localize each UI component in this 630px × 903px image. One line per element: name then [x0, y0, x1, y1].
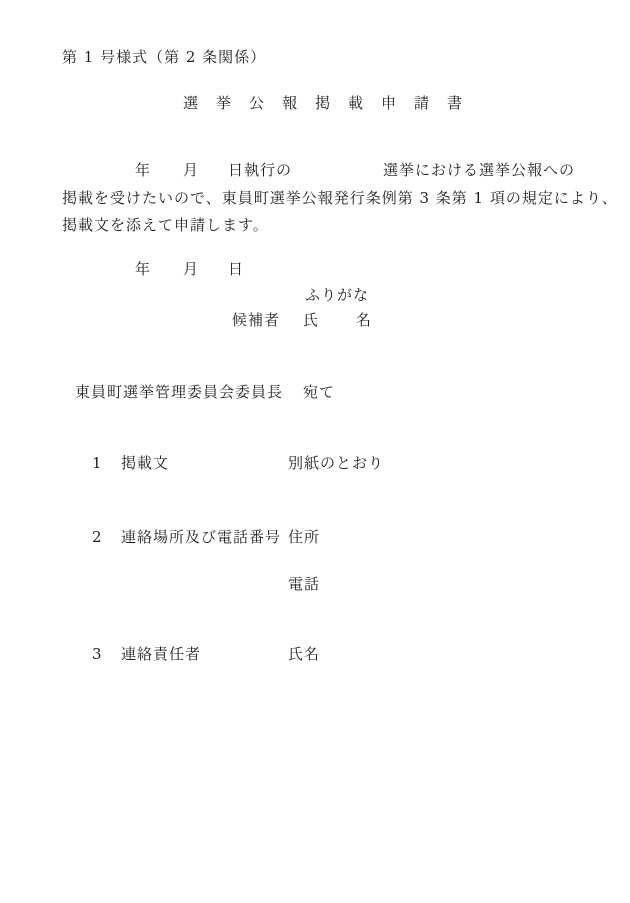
- candidate-givenname-label: 名: [356, 312, 372, 329]
- date-month-label: 月: [183, 261, 199, 278]
- furigana-label: ふりがな: [305, 287, 369, 304]
- candidate-surname-label: 氏: [303, 312, 319, 329]
- date-year-label: 年: [135, 261, 151, 278]
- paragraph-line1-tail: 選挙における選挙公報への: [383, 162, 575, 179]
- item3-label: 連絡責任者: [121, 646, 201, 663]
- item2-label: 連絡場所及び電話番号: [121, 529, 281, 546]
- item2-phone-label: 電話: [288, 576, 320, 593]
- date-day-label: 日: [228, 261, 244, 278]
- item3-name-label: 氏名: [288, 646, 320, 663]
- item2-number: 2: [92, 529, 103, 546]
- application-form-page: 第 1 号様式（第 2 条関係） 選 挙 公 報 掲 載 申 請 書 年 月 日…: [0, 0, 630, 903]
- item1-label: 掲載文: [121, 455, 169, 472]
- item3-number: 3: [92, 646, 103, 663]
- paragraph-month-label: 月: [183, 162, 199, 179]
- paragraph-line2: 掲載を受けたいので、東員町選挙公報発行条例第 3 条第 1 項の規定により、: [62, 190, 618, 207]
- item2-address-label: 住所: [288, 529, 320, 546]
- item1-number: 1: [92, 455, 103, 472]
- addressee-title: 東員町選挙管理委員会委員長: [75, 384, 283, 401]
- paragraph-year-label: 年: [135, 162, 151, 179]
- form-number: 第 1 号様式（第 2 条関係）: [62, 49, 266, 66]
- item1-value: 別紙のとおり: [288, 455, 384, 472]
- paragraph-line3: 掲載文を添えて申請します。: [62, 217, 269, 234]
- document-title: 選 挙 公 報 掲 載 申 請 書: [183, 95, 464, 112]
- paragraph-day-phrase: 日執行の: [228, 162, 292, 179]
- addressee-suffix: 宛て: [303, 384, 335, 401]
- candidate-label: 候補者: [232, 312, 280, 329]
